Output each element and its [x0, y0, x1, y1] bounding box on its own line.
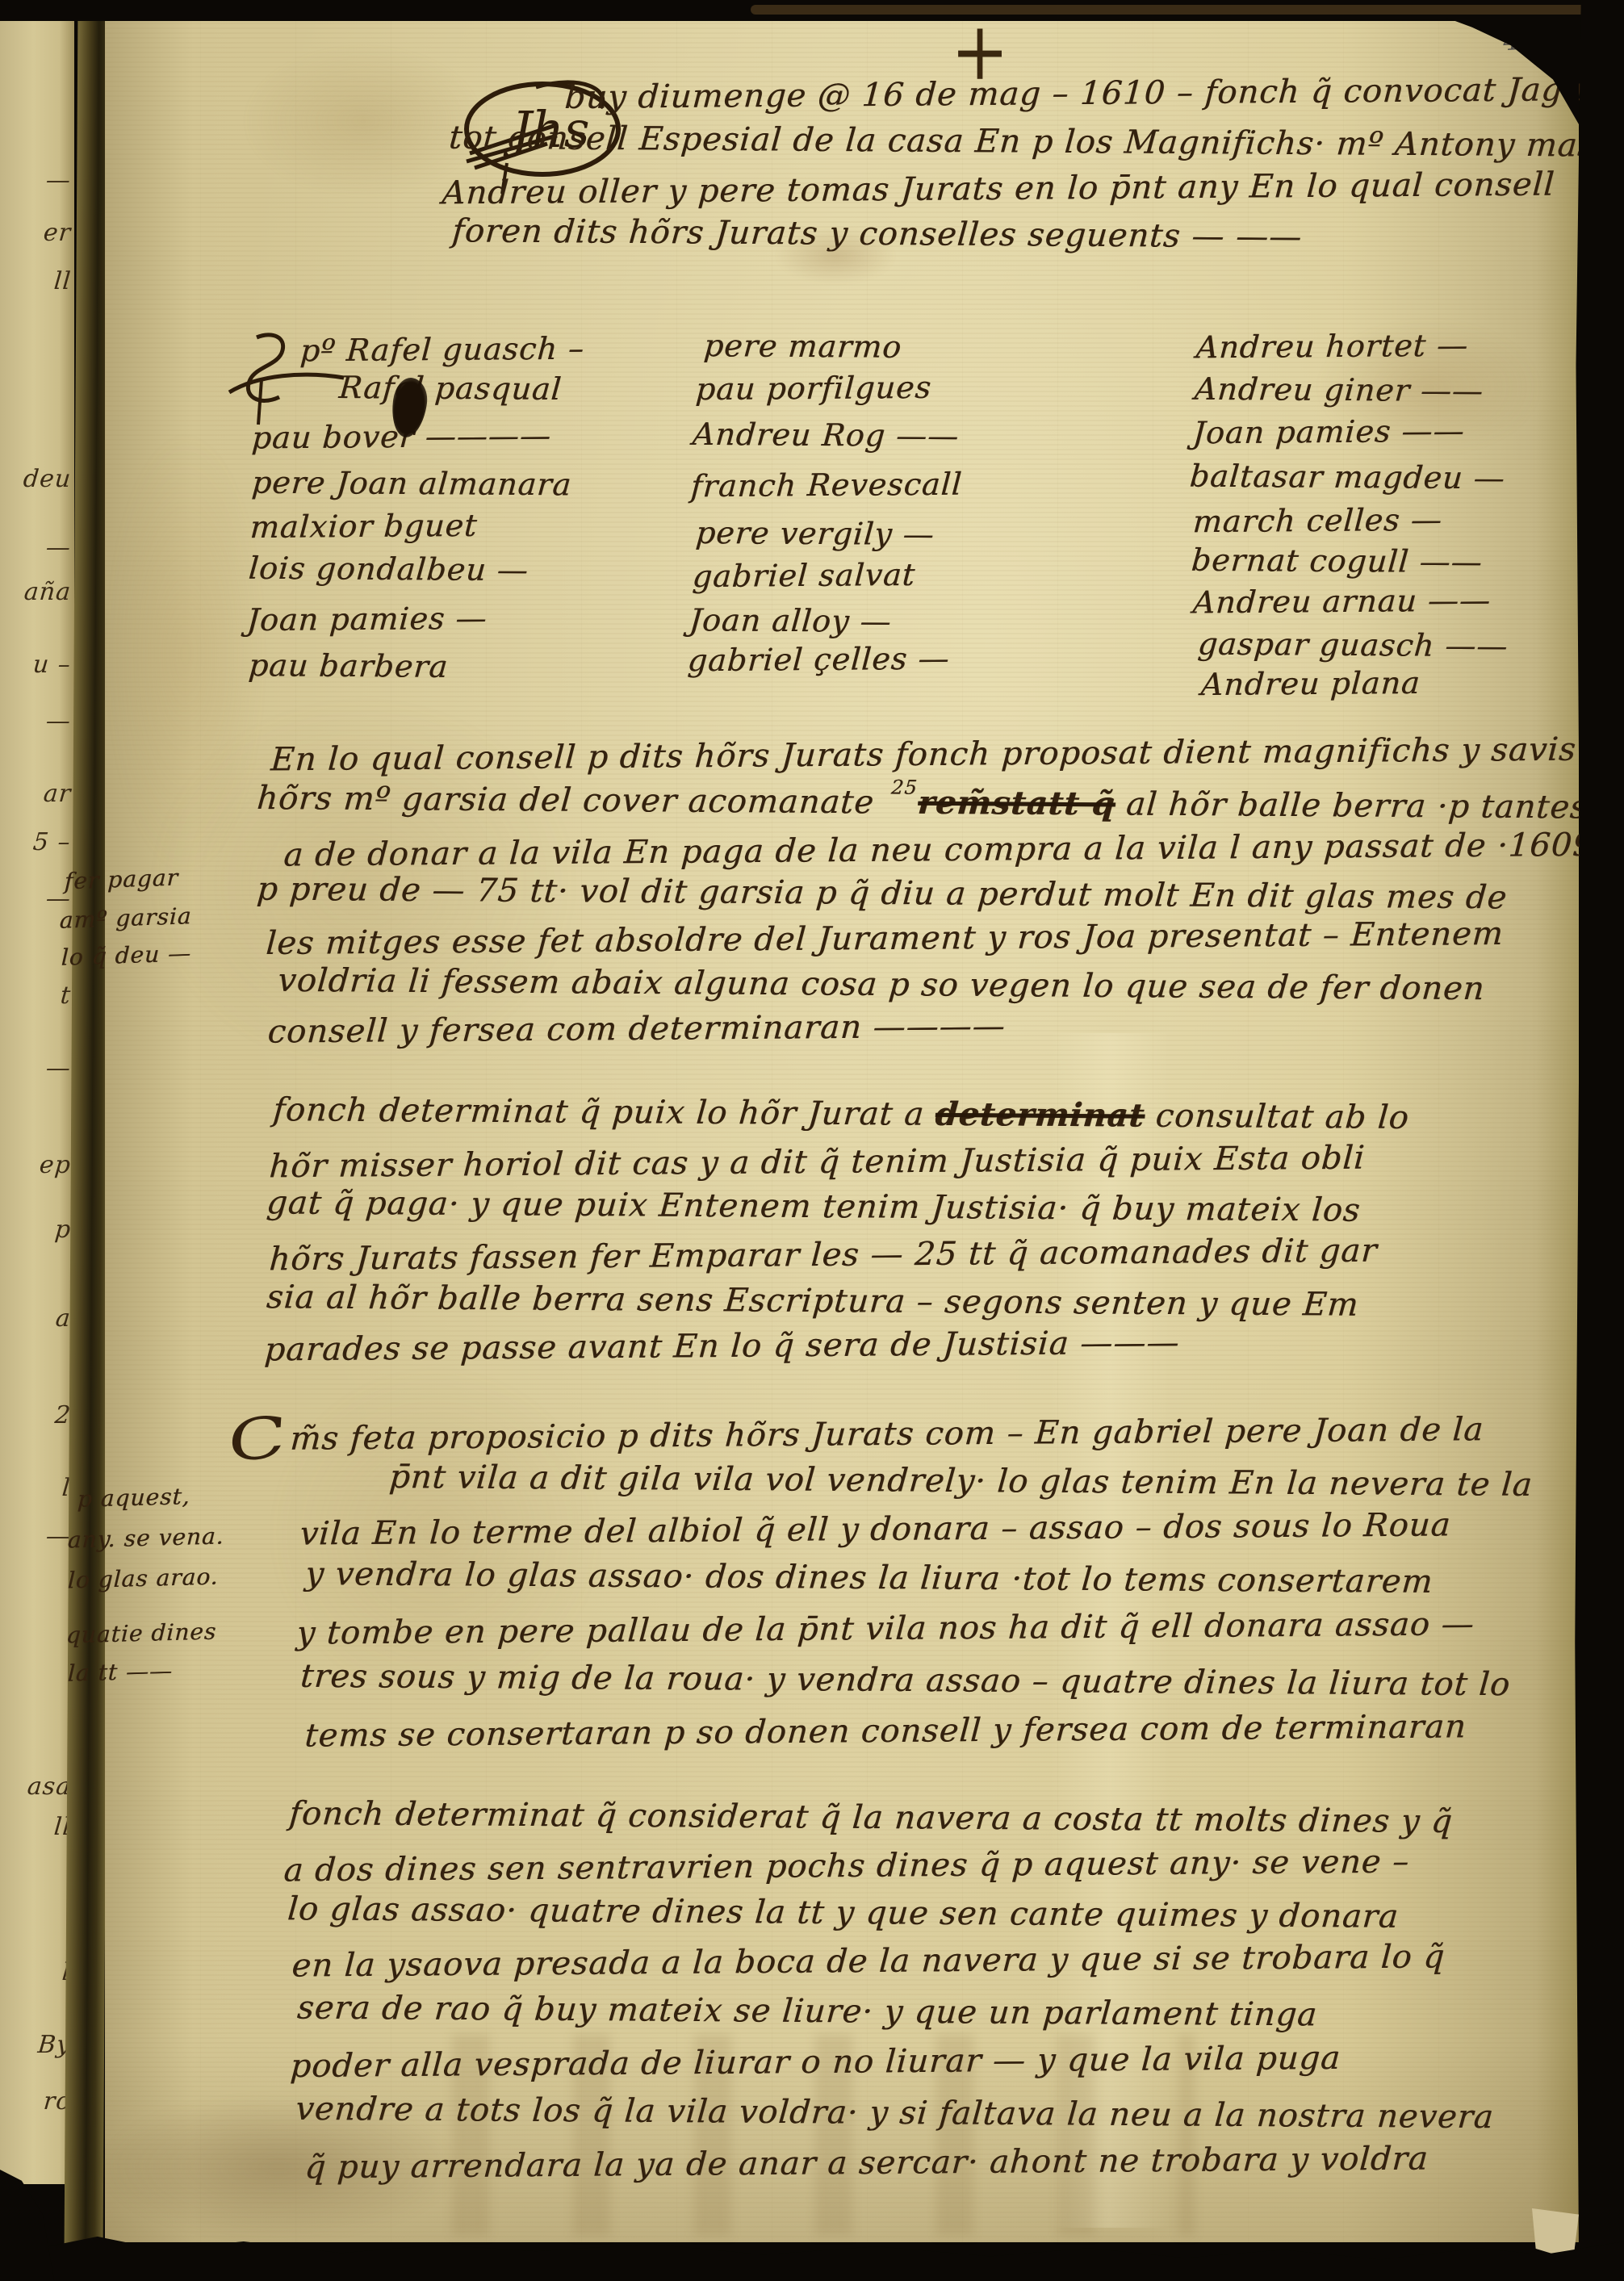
paragraph-line: consell y fersea com determinaran ———— — [267, 1010, 1007, 1048]
attendee-name: gabriel çelles — — [687, 643, 951, 676]
line-segment: hõrs mº garsia del cover acomanate — [256, 780, 887, 821]
attendee-name: Andreu hortet — — [1195, 330, 1470, 363]
facing-page-fragment: deu — [22, 465, 72, 493]
paragraph-line: p preu de — 75 tt· vol dit garsia p q̃ d… — [256, 873, 1509, 914]
attendee-name: Joan pamies —— — [1192, 416, 1466, 449]
paragraph-line: fonch determinat q̃ considerat q̃ la nav… — [288, 1798, 1454, 1838]
margin-note-line: p aquest, — [77, 1485, 190, 1511]
manuscript-scan-page: — er ll deu — aña u – — ar 5 – — t — ep … — [0, 0, 1624, 2281]
attendee-name: Joan alloy — — [689, 605, 894, 637]
attendee-name: gabriel salvat — [692, 559, 917, 592]
facing-page-fragment: — — [44, 166, 72, 195]
scan-background-top — [0, 0, 1624, 21]
paragraph-line: poder alla vesprada de liurar o no liura… — [289, 2042, 1341, 2082]
facing-page-fragment: t — [59, 981, 72, 1010]
paragraph-line: sia al hõr balle berra sens Escriptura –… — [266, 1281, 1360, 1320]
header-line: Andreu oller y pere tomas Jurats en lo p… — [441, 169, 1555, 210]
attendee-name: pº Rafel guasch – — [299, 333, 586, 366]
attendee-name: pau barbera — [248, 650, 450, 682]
paragraph-line: y vendra lo glas assao· dos dines la liu… — [304, 1558, 1434, 1598]
paragraph-line: gat q̃ paga· y que puix Entenem tenim Ju… — [266, 1187, 1362, 1226]
facing-page-fragment: — — [44, 707, 72, 735]
attendee-name: Andreu Rog —— — [692, 419, 961, 451]
paragraph-line: les mitges esse fet absoldre del Juramen… — [265, 918, 1505, 960]
paragraph-line: q̃ puy arrendara la ya de anar a sercar·… — [303, 2143, 1429, 2184]
paragraph-line: p̄nt vila a dit gila vila vol vendrely· … — [388, 1461, 1534, 1501]
header-line: tot consell Espesial de la casa En p los… — [448, 122, 1624, 163]
paragraph-line: y tombe en pere pallau de la p̄nt vila n… — [295, 1608, 1475, 1649]
margin-note-line: lo glas arao. — [67, 1566, 219, 1593]
facing-page-fragment: — — [44, 1054, 72, 1082]
facing-page-fragment: ep — [39, 1151, 73, 1179]
line-segment: fonch determinat q̃ puix lo hõr Jurat a — [272, 1091, 937, 1133]
facing-page-fragment: aña — [23, 578, 72, 606]
paragraph-line: En lo qual consell p dits hõrs Jurats fo… — [270, 734, 1577, 776]
attendee-name: pere Joan almanara — [251, 467, 573, 500]
paragraph-line: hõrs mº garsia del cover acomanate 25rem… — [256, 782, 1624, 824]
paragraph-line: hõr misser horiol dit cas y a dit q̃ ten… — [268, 1142, 1366, 1183]
margin-note-line: fer pagar — [64, 867, 178, 894]
paragraph-line: voldria li fessem abaix alguna cosa p so… — [277, 965, 1486, 1005]
attendee-name: Andreu arnau —— — [1192, 585, 1492, 618]
adjacent-leaf-edge — [751, 5, 1624, 15]
paragraph-line: fonch determinat q̃ puix lo hõr Jurat a … — [272, 1094, 1411, 1134]
facing-page-fragment: ar — [42, 780, 72, 808]
facing-page-fragment: er — [42, 219, 72, 247]
attendee-name: march celles — — [1192, 504, 1443, 537]
paragraph-line: tres sous y mig de la roua· y vendra ass… — [299, 1660, 1512, 1701]
attendee-name: baltasar magdeu — — [1189, 461, 1507, 494]
paragraph-line: lo glas assao· quatre dines la tt y que … — [287, 1893, 1400, 1933]
paragraph-line: vendre a tots los q̃ la vila voldra· y s… — [295, 2093, 1495, 2133]
struck-word: rem̃statt q̃ — [916, 784, 1116, 823]
attendee-name: bernat cogull —— — [1191, 545, 1484, 578]
struck-word: determinat — [934, 1095, 1146, 1135]
attendee-name: Rafel pasqual — [338, 372, 563, 404]
paragraph-line: a dos dines sen sentravrien pochs dines … — [283, 1846, 1410, 1887]
attendee-name: pere vergily — — [695, 517, 936, 550]
margin-note-line: any. se vena. — [67, 1525, 224, 1551]
attendee-name: lois gondalbeu — — [248, 553, 530, 585]
scan-background-right — [1574, 0, 1624, 2281]
header-line: foren dits hõrs Jurats y conselles segue… — [451, 215, 1304, 253]
paragraph-line: hõrs Jurats fassen fer Emparar les — 25 … — [268, 1235, 1378, 1276]
header-line: buy diumenge @ 16 de mag – 1610 – fonch … — [563, 73, 1602, 114]
line-segment: al hõr balle berra ·p tantes ne — [1114, 785, 1624, 827]
attendee-name: gaspar guasch —— — [1197, 629, 1509, 662]
margin-note-line: lo q̃ deu — — [61, 942, 191, 969]
attendee-name: malxior bguet — [249, 510, 479, 542]
attendee-name: pere marmo — [703, 330, 903, 362]
attendee-name: Joan pamies — — [246, 603, 488, 635]
paragraph-line: m̃s feta proposicio p dits hõrs Jurats c… — [289, 1413, 1484, 1455]
attendee-name: pau porfilgues — [695, 372, 933, 404]
margin-note-line: la tt —— — [67, 1659, 173, 1685]
paragraph-line: tems se consertaran p so donen consell y… — [303, 1710, 1467, 1752]
facing-page-fragment: 5 – — [32, 828, 73, 856]
facing-page-fragment: — — [44, 534, 72, 562]
facing-page-fragment: u – — [32, 651, 73, 679]
paragraph-line: sera de rao q̃ buy mateix se liure· y qu… — [296, 1992, 1319, 2032]
paragraph-line: vila En lo terme del albiol q̃ ell y don… — [299, 1509, 1451, 1550]
paragraph-line: parades se passe avant En lo q̃ sera de … — [263, 1327, 1180, 1367]
paragraph-opening-mark: C — [222, 1404, 292, 1475]
margin-note-line: amº garsia — [59, 905, 192, 932]
facing-page-fragment: asa — [26, 1772, 72, 1801]
attendee-name: Andreu plana — [1200, 668, 1421, 700]
facing-page-fragment: p — [53, 1216, 72, 1244]
margin-note-line: quatie dines — [65, 1621, 217, 1647]
attendee-name: Andreu giner —— — [1194, 374, 1485, 406]
facing-page-edge: — er ll deu — aña u – — ar 5 – — t — ep … — [0, 21, 74, 2184]
attendee-name: franch Revescall — [690, 469, 964, 502]
superscript-correction: 25 — [890, 777, 918, 797]
line-segment: consultat ab lo — [1143, 1098, 1410, 1136]
facing-page-fragment: ll — [52, 267, 72, 295]
paragraph-line: en la ysaova presada a la boca de la nav… — [291, 1940, 1446, 1982]
